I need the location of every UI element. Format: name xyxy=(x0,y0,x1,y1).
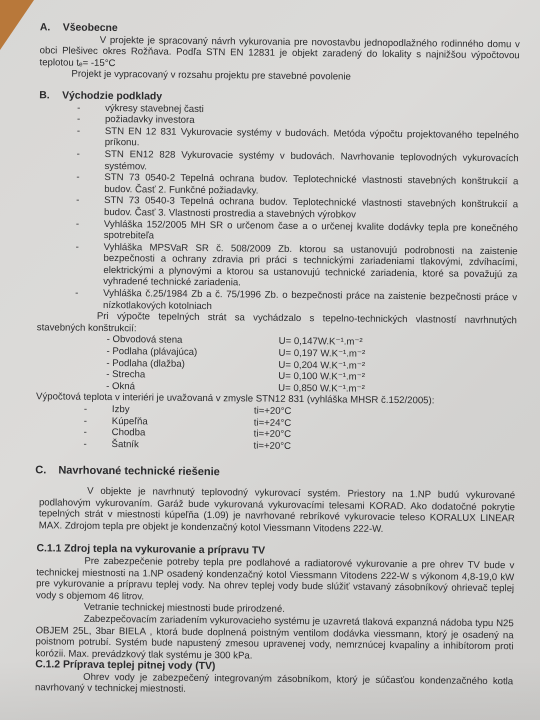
section-a-paragraph-1: V projekte je spracovaný návrh vykurovan… xyxy=(40,34,520,74)
section-c-title: Navrhované technické riešenie xyxy=(58,465,220,479)
u-value: U= 0,850 W.K⁻¹.m⁻² xyxy=(278,383,365,396)
section-b-title: Východzie podklady xyxy=(62,90,162,102)
uvalues-table: - Obvodová stenaU= 0,147W.K⁻¹.m⁻² - Podl… xyxy=(36,334,517,397)
references-list: výkresy stavebnej časti požiadavky inves… xyxy=(75,102,519,315)
bottom-shadow xyxy=(0,660,540,720)
list-item: Vyhláška MPSVaR SR č. 508/2009 Zb. ktoro… xyxy=(75,241,517,292)
section-b-label: B. xyxy=(39,90,59,102)
room-temperature: ti=+24°C xyxy=(254,417,292,429)
section-c-paragraph: V objekte je navrhnutý teplovodný vykuro… xyxy=(39,485,515,536)
room-temperature: ti=+20°C xyxy=(254,429,292,441)
room-temperature: ti=+20°C xyxy=(254,406,292,418)
c11-paragraph-1: Pre zabezpečenie potreby tepla pre podla… xyxy=(36,555,514,606)
section-c-label: C. xyxy=(35,466,55,478)
section-a-label: A. xyxy=(40,22,60,34)
section-a-title: Všeobecne xyxy=(63,23,118,35)
u-value: U= 0,147W.K⁻¹.m⁻² xyxy=(279,336,363,348)
dash: - xyxy=(84,415,112,427)
u-value: U= 0,100 W.K⁻¹.m⁻² xyxy=(278,371,365,384)
dash: - xyxy=(84,427,112,439)
room-temperature: ti=+20°C xyxy=(254,440,292,452)
c11-paragraph-3: Zabezpečovacím zariadením vykurovacieho … xyxy=(35,613,513,664)
dash: - xyxy=(84,439,112,451)
u-value: U= 0,204 W.K⁻¹.m⁻² xyxy=(278,359,365,372)
list-item: Vyhláška č.25/1984 Zb a č. 75/1996 Zb. o… xyxy=(75,288,517,316)
temperature-table: -Izbyti=+20°C -Kúpeľňati=+24°C -Chodbati… xyxy=(36,403,516,454)
document-page: A. Všeobecne V projekte je spracovaný ná… xyxy=(7,22,520,699)
u-value: U= 0,197 W.K⁻¹.m⁻² xyxy=(278,348,365,361)
dash: - xyxy=(84,404,112,416)
room-name: Šatník xyxy=(112,439,254,452)
